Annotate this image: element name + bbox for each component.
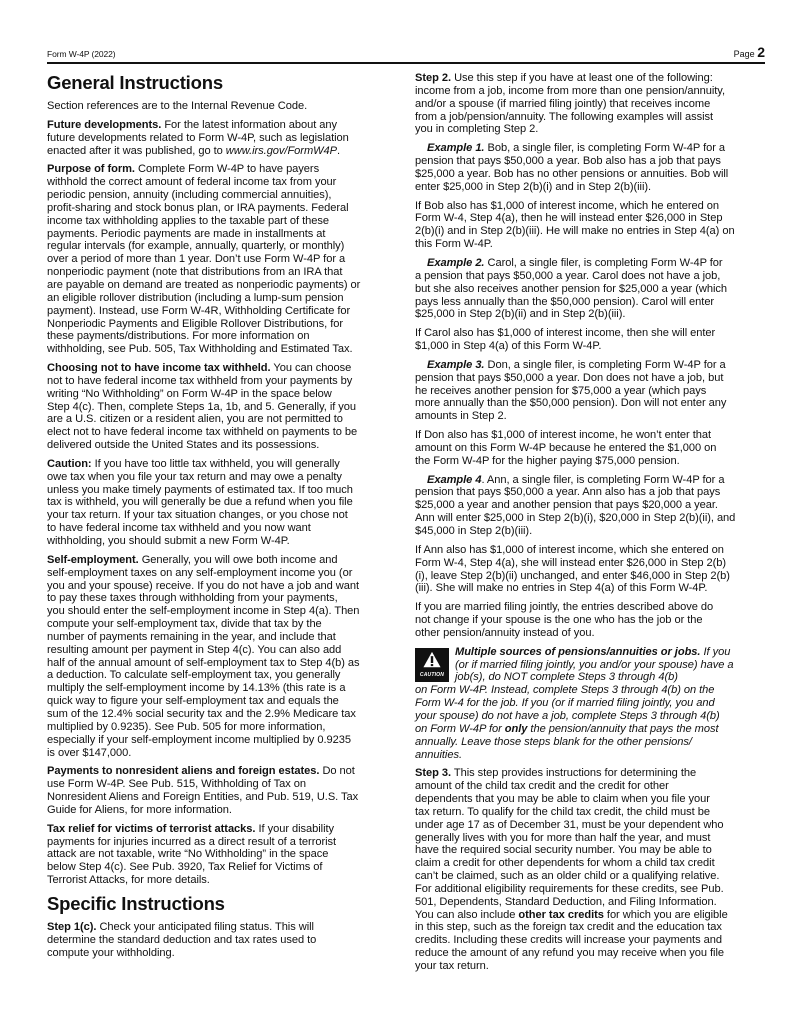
- purpose-of-form: Purpose of form. Complete Form W-4P to h…: [47, 163, 399, 356]
- form-id: Form W-4P (2022): [47, 49, 115, 59]
- future-developments: Future developments. For the latest info…: [47, 119, 399, 158]
- choosing-not-withheld: Choosing not to have income tax withheld…: [47, 362, 399, 452]
- specific-instructions-heading: Specific Instructions: [47, 893, 399, 915]
- section-references: Section references are to the Internal R…: [47, 100, 399, 113]
- step-2: Step 2. Use this step if you have at lea…: [415, 72, 767, 136]
- irs-url-link[interactable]: www.irs.gov/FormW4P: [226, 145, 337, 157]
- example-4-interest: If Ann also has $1,000 of interest incom…: [415, 544, 767, 595]
- caution-paragraph: Caution: If you have too little tax with…: [47, 458, 399, 548]
- right-column: Step 2. Use this step if you have at lea…: [415, 72, 767, 979]
- caution-icon-label: CAUTION: [420, 669, 444, 682]
- example-3-interest: If Don also has $1,000 of interest incom…: [415, 429, 767, 468]
- general-instructions-heading: General Instructions: [47, 72, 399, 94]
- left-column: General Instructions Section references …: [47, 72, 399, 965]
- example-4: Example 4. Ann, a single filer, is compl…: [415, 474, 767, 538]
- example-2-interest: If Carol also has $1,000 of interest inc…: [415, 327, 767, 353]
- page-header: Form W-4P (2022) Page 2: [47, 45, 765, 64]
- example-1: Example 1. Bob, a single filer, is compl…: [415, 142, 767, 193]
- caution-warning-icon: CAUTION: [415, 648, 449, 682]
- example-3: Example 3. Don, a single filer, is compl…: [415, 359, 767, 423]
- step-3: Step 3. This step provides instructions …: [415, 767, 767, 973]
- example-2: Example 2. Carol, a single filer, is com…: [415, 257, 767, 321]
- page-number: Page 2: [734, 44, 765, 60]
- example-1-interest: If Bob also has $1,000 of interest incom…: [415, 200, 767, 251]
- terrorist-relief: Tax relief for victims of terrorist atta…: [47, 823, 399, 887]
- nonresident-aliens: Payments to nonresident aliens and forei…: [47, 765, 399, 816]
- multiple-sources-caution: CAUTION Multiple sources of pensions/ann…: [415, 646, 767, 762]
- self-employment: Self-employment. Generally, you will owe…: [47, 554, 399, 760]
- step-1c: Step 1(c). Check your anticipated filing…: [47, 921, 399, 960]
- married-filing-jointly-note: If you are married filing jointly, the e…: [415, 601, 767, 640]
